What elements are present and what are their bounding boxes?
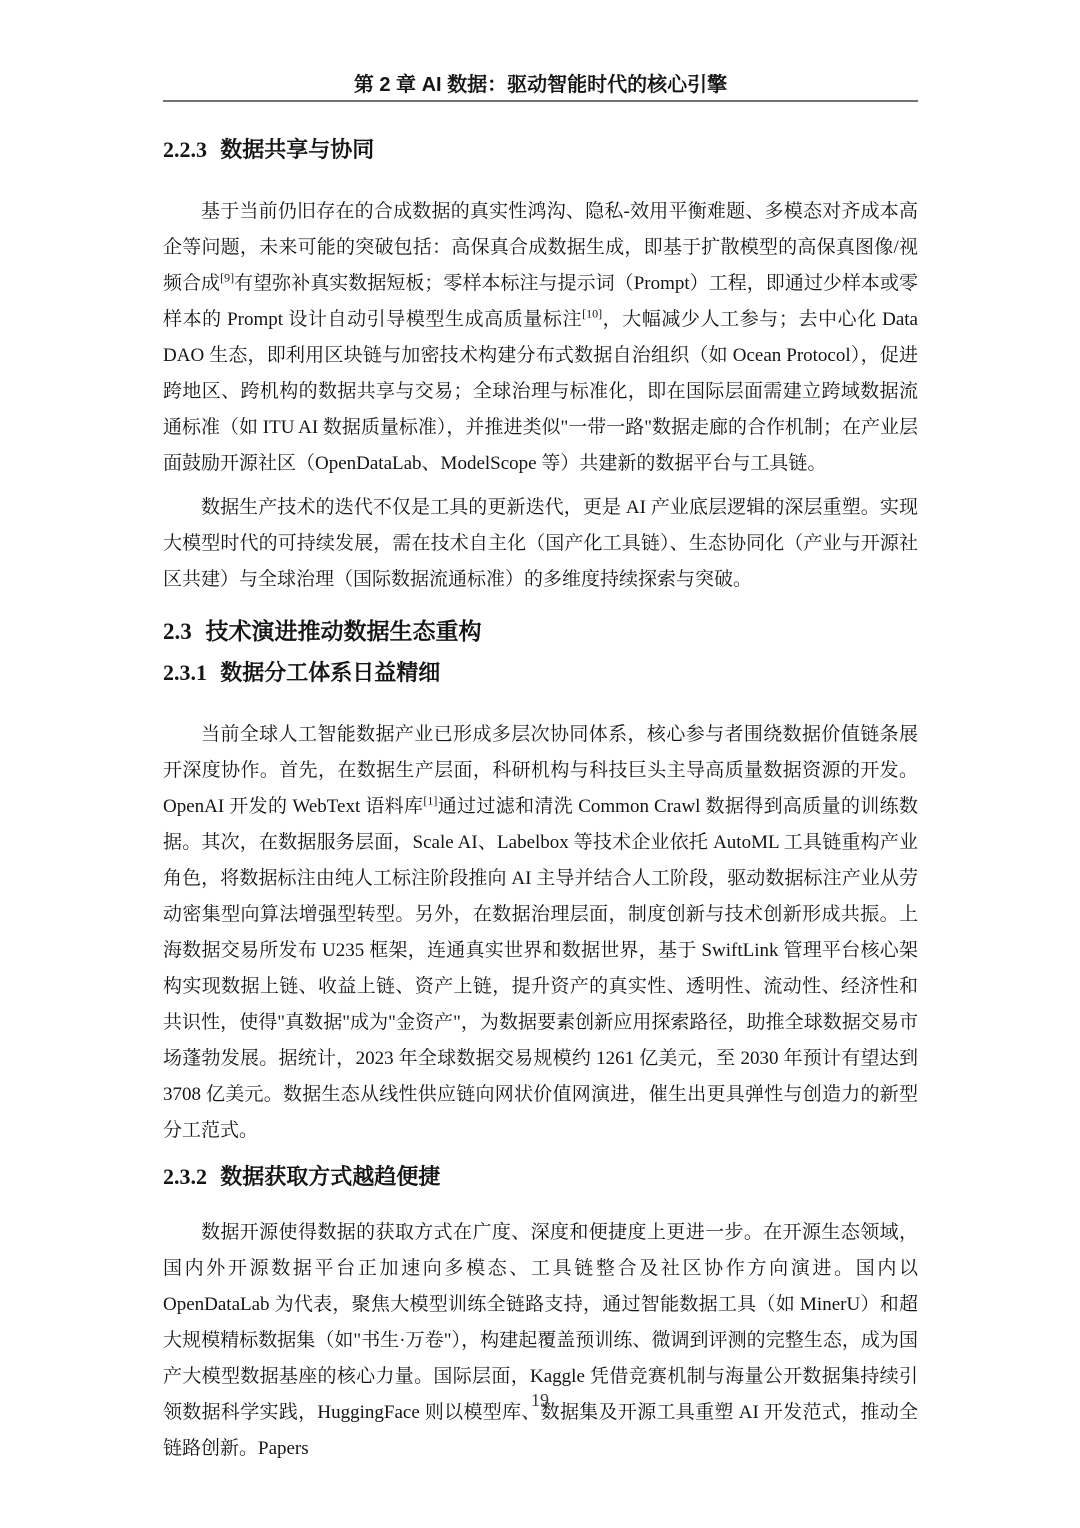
document-page: 第 2 章 AI 数据：驱动智能时代的核心引擎 2.2.3数据共享与协同基于当前… (0, 0, 1080, 1528)
heading-number: 2.3 (163, 619, 192, 644)
heading-number: 2.2.3 (163, 137, 207, 162)
body-paragraph: 基于当前仍旧存在的合成数据的真实性鸿沟、隐私-效用平衡难题、多模态对齐成本高企等… (163, 194, 918, 482)
body-paragraph: 当前全球人工智能数据产业已形成多层次协同体系，核心参与者围绕数据价值链条展开深度… (163, 717, 918, 1149)
body-paragraph: 数据生产技术的迭代不仅是工具的更新迭代，更是 AI 产业底层逻辑的深层重塑。实现… (163, 490, 918, 598)
heading-title: 数据分工体系日益精细 (220, 660, 440, 685)
heading-number: 2.3.1 (163, 660, 207, 685)
running-header: 第 2 章 AI 数据：驱动智能时代的核心引擎 (163, 72, 918, 98)
citation-reference: [1] (423, 794, 437, 808)
section-heading-2-3: 2.3技术演进推动数据生态重构 (163, 616, 918, 647)
section-heading-2-2-3: 2.2.3数据共享与协同 (163, 136, 918, 164)
body-paragraph: 数据开源使得数据的获取方式在广度、深度和便捷度上更进一步。在开源生态领域，国内外… (163, 1215, 918, 1467)
heading-title: 数据共享与协同 (220, 137, 374, 162)
section-heading-2-3-1: 2.3.1数据分工体系日益精细 (163, 659, 918, 687)
heading-title: 数据获取方式越趋便捷 (220, 1164, 440, 1189)
header-rule (163, 100, 918, 102)
section-heading-2-3-2: 2.3.2数据获取方式越趋便捷 (163, 1163, 918, 1191)
heading-title: 技术演进推动数据生态重构 (206, 618, 482, 644)
document-body: 2.2.3数据共享与协同基于当前仍旧存在的合成数据的真实性鸿沟、隐私-效用平衡难… (163, 136, 918, 1467)
page-number: 19 (0, 1390, 1080, 1411)
heading-number: 2.3.2 (163, 1164, 207, 1189)
citation-reference: [10] (582, 307, 602, 321)
citation-reference: [9] (220, 271, 234, 285)
